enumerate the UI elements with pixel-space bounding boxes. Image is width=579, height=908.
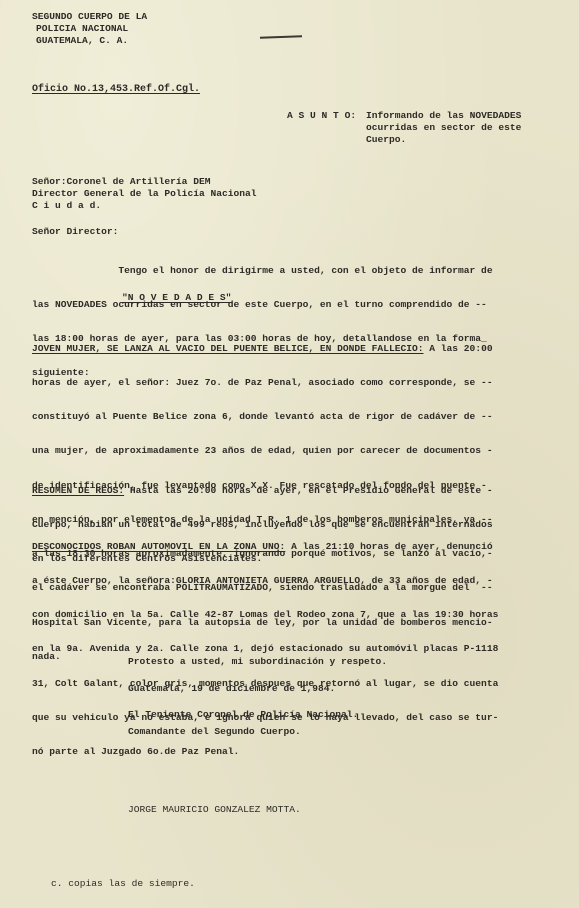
org-line-3: GUATEMALA, C. A. [36, 35, 128, 46]
org-line-1: SEGUNDO CUERPO DE LA [32, 11, 147, 22]
item-line: constituyó al Puente Belice zona 6, dond… [32, 411, 557, 422]
asunto-label: A S U N T O: [287, 110, 356, 121]
item-text: A las 21:10 horas de ayer, denunció [285, 541, 492, 552]
closing-date: Guatemala, 19 de diciembre de 1,984. [128, 683, 335, 694]
intro-line: las NOVEDADES ocurridas en sector de est… [32, 299, 557, 310]
item-title: DESCONOCIDOS ROBAN AUTOMOVIL EN LA ZONA … [32, 541, 285, 552]
addressee-line-3: C i u d a d. [32, 200, 101, 211]
addressee-line-2: Director General de la Policía Nacional [32, 188, 257, 199]
item-line: en la 9a. Avenida y 2a. Calle zona 1, de… [32, 643, 557, 654]
item-text: A las 20:00 [424, 343, 493, 354]
rank-line-1: El Teniente Coronel de Policía Nacional. [128, 709, 358, 720]
addressee-line-1: Señor:Coronel de Artillería DEM [32, 176, 210, 187]
item-text: Hasta las 20:00 horas de ayer, en el Pre… [124, 485, 492, 496]
closing-protesto: Protesto a usted, mi subordinación y res… [128, 656, 387, 667]
item-title: JOVEN MUJER, SE LANZA AL VACIO DEL PUENT… [32, 343, 424, 354]
asunto-line-3: Cuerpo. [366, 134, 406, 145]
pen-mark [260, 35, 302, 38]
novedades-heading: "N O V E D A D E S" [122, 292, 231, 303]
rank-line-2: Comandante del Segundo Cuerpo. [128, 726, 301, 737]
intro-line: Tengo el honor de dirigirme a usted, con… [32, 265, 557, 276]
signatory-name: JORGE MAURICIO GONZALEZ MOTTA. [128, 804, 301, 815]
oficio-number: Oficio No.13,453.Ref.Of.Cgl. [32, 84, 200, 95]
item-line: con domicilio en la 5a. Calle 42-87 Loma… [32, 609, 557, 620]
asunto-line-1: Informando de las NOVEDADES [366, 110, 521, 121]
item-line: a éste Cuerpo, la señora:GLORIA ANTONIET… [32, 575, 557, 586]
item-line: nó parte al Juzgado 6o.de Paz Penal. [32, 746, 557, 757]
salutation: Señor Director: [32, 226, 118, 237]
item-line: horas de ayer, el señor: Juez 7o. de Paz… [32, 377, 557, 388]
item-line: una mujer, de aproximadamente 23 años de… [32, 445, 557, 456]
item-3: DESCONOCIDOS ROBAN AUTOMOVIL EN LA ZONA … [32, 518, 557, 780]
copies-note: c. copias las de siempre. [51, 878, 195, 889]
document-page: SEGUNDO CUERPO DE LA POLICIA NACIONAL GU… [0, 0, 579, 908]
asunto-line-2: ocurridas en sector de este [366, 122, 521, 133]
org-line-2: POLICIA NACIONAL [36, 23, 128, 34]
item-title: RESUMEN DE REOS: [32, 485, 124, 496]
